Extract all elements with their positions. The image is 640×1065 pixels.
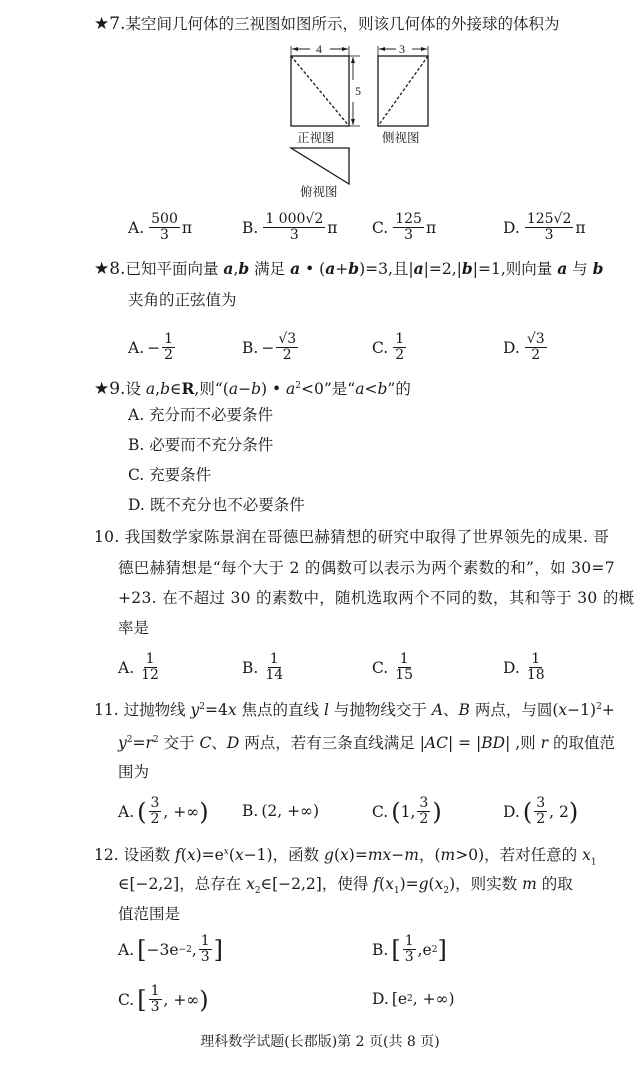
side-width-label: 3: [399, 42, 405, 56]
q9-option-b: B. 必要而不充分条件: [128, 435, 273, 455]
q9-option-d: D. 既不充分也不必要条件: [128, 495, 305, 515]
q9-option-c: C. 充要条件: [128, 465, 211, 485]
q10-option-b: B. 114: [242, 652, 287, 683]
question-9-stem: ★9.设 a,b∈R,则“(a−b) • a2<0”是“a<b”的: [94, 376, 411, 399]
q7-option-b: B. 1 000√23 π: [242, 212, 337, 243]
question-12-line1: 12. 设函数 f(x)=ex(x−1)，函数 g(x)=mx−m，(m>0)，…: [94, 842, 597, 872]
question-8-line2: 夹角的正弦值为: [128, 290, 237, 310]
q8-option-a: A.− 12: [128, 332, 177, 363]
q7-option-a: A. 5003 π: [128, 212, 192, 243]
front-width-label: 4: [316, 42, 322, 56]
q8-option-c: C. 12: [372, 332, 408, 363]
star-icon: ★9.: [94, 379, 125, 399]
star-icon: ★7.: [94, 14, 125, 34]
q8-option-b: B.− √32: [242, 332, 300, 363]
side-view-label: 侧视图: [382, 128, 420, 146]
front-view: [291, 46, 360, 126]
q11-option-c: C.(1, 32): [372, 796, 442, 827]
front-view-label: 正视图: [297, 128, 335, 146]
question-12-line2: ∈[−2,2]，总存在 x2∈[−2,2]，使得 f(x1)=g(x2)，则实数…: [118, 874, 573, 901]
q10-option-a: A. 112: [118, 652, 163, 683]
side-view: [378, 46, 428, 126]
question-7-stem: ★7.某空间几何体的三视图如图所示，则该几何体的外接球的体积为: [94, 14, 559, 34]
question-10-line3: +23. 在不超过 30 的素数中，随机选取两个不同的数，其和等于 30 的概: [118, 588, 634, 608]
q7-option-d: D. 125√23 π: [503, 212, 586, 243]
page-footer: 理科数学试题(长郡版)第 2 页(共 8 页): [0, 1031, 640, 1051]
q9-option-a: A. 充分而不必要条件: [128, 405, 273, 425]
question-11-line1: 11. 过抛物线 y2=4x 焦点的直线 l 与抛物线交于 A、B 两点，与圆(…: [94, 697, 615, 720]
q11-option-a: A.( 32 , +∞): [118, 796, 209, 827]
q7-option-c: C. 1253 π: [372, 212, 436, 243]
q12-option-c: C.[ 13 , +∞): [118, 984, 209, 1015]
question-12-line3: 值范围是: [118, 904, 180, 924]
front-height-label: 5: [355, 84, 361, 98]
q11-option-b: B.(2, +∞): [242, 796, 319, 826]
q12-option-b: B.[ 13 ,e2]: [372, 934, 447, 965]
question-8-stem: ★8.已知平面向量 a,b 满足 a • (a+b)=3,且|a|=2,|b|=…: [94, 259, 603, 279]
top-view-label: 俯视图: [300, 182, 338, 200]
question-10-line4: 率是: [118, 618, 149, 638]
top-view: [291, 148, 349, 184]
question-7-text: 某空间几何体的三视图如图所示，则该几何体的外接球的体积为: [125, 15, 559, 33]
q12-option-a: A.[ −3e−2, 13]: [118, 934, 223, 965]
question-11-line2: y2=r2 交于 C、D 两点，若有三条直线满足 |AC| = |BD| ,则 …: [118, 730, 615, 753]
question-11-line3: 围为: [118, 762, 149, 782]
q12-option-d: D.[e2, +∞): [372, 984, 455, 1014]
star-icon: ★8.: [94, 259, 125, 279]
question-10-line1: 10. 我国数学家陈景润在哥德巴赫猜想的研究中取得了世界领先的成果. 哥: [94, 527, 609, 547]
q10-option-d: D. 118: [503, 652, 549, 683]
question-10-line2: 德巴赫猜想是“每个大于 2 的偶数可以表示为两个素数的和”，如 30=7: [118, 558, 615, 578]
q8-option-d: D. √32: [503, 332, 549, 363]
three-view-figure: 4 5 3: [280, 42, 440, 202]
q11-option-d: D.( 32 , 2): [503, 796, 578, 827]
q10-option-c: C. 115: [372, 652, 417, 683]
